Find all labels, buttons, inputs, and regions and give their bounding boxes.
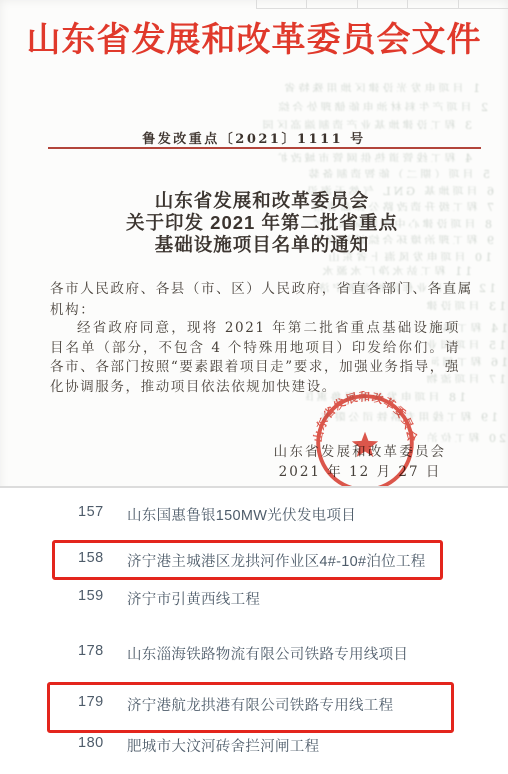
- project-number: 179: [78, 694, 104, 710]
- document-title-line3: 基础设施项目名单的通知: [16, 234, 508, 256]
- bleed-through-text-line: 13 目项设建: [426, 298, 506, 310]
- bleed-through-grid: [256, 0, 508, 9]
- recipients-line-continued: 机构：: [50, 298, 95, 318]
- project-number: 157: [78, 504, 104, 520]
- bleed-through-text-line: 2 目项产生料材池电能储理处合综: [262, 99, 488, 111]
- project-number: 159: [78, 588, 104, 604]
- list-item: 157 山东国惠鲁银150MW光伏发电项目: [0, 504, 508, 524]
- star-icon: [352, 432, 378, 457]
- project-number: 158: [78, 550, 104, 566]
- bleed-through-text-line: 11 程工站水净厂水源水: [300, 263, 472, 275]
- project-number: 180: [78, 735, 104, 751]
- project-name: 济宁港航龙拱港有限公司铁路专用线工程: [127, 694, 393, 715]
- bleed-through-text-line: 5 目项（期二）能智造制备装: [298, 166, 490, 178]
- document-title: 山东省发展和改革委员会 关于印发 2021 年第二批省重点 基础设施项目名单的通…: [16, 190, 508, 256]
- document-body-paragraph: 经省政府同意，现将 2021 年第二批省重点基础设施项目名单（部分，不包含 4 …: [50, 319, 460, 397]
- red-divider-rule: [48, 147, 481, 149]
- project-name: 肥城市大汶河砖舍拦河闸工程: [127, 735, 319, 756]
- bleed-through-text-line: 4 程工线管道热供网管市城改扩: [278, 150, 472, 162]
- document-masthead-title: 山东省发展和改革委员会文件: [0, 12, 508, 61]
- project-name: 济宁市引黄西线工程: [127, 588, 260, 609]
- document-title-line2: 关于印发 2021 年第二批省重点: [16, 212, 508, 234]
- list-item: 180 肥城市大汶河砖舍拦河闸工程: [0, 735, 508, 755]
- document-page: 1 目项电发光设建区地用殊特省2 目项产生料材池电能储理处合综3 程工设建地基业…: [0, 0, 508, 774]
- official-seal: 山东省发展和改革委员会: [312, 391, 418, 495]
- document-title-line1: 山东省发展和改革委员会: [16, 190, 508, 212]
- recipients-line: 各市人民政府、各县（市、区）人民政府，省直各部门、各直属: [50, 277, 490, 297]
- project-name: 济宁港主城港区龙拱河作业区4#-10#泊位工程: [127, 550, 426, 571]
- list-item: 158 济宁港主城港区龙拱河作业区4#-10#泊位工程: [0, 550, 508, 570]
- list-item: 179 济宁港航龙拱港有限公司铁路专用线工程: [0, 694, 508, 714]
- list-item: 159 济宁市引黄西线工程: [0, 588, 508, 608]
- document-number: 鲁发改重点〔2021〕1111 号: [0, 128, 508, 147]
- bleed-through-text-line: 1 目项电发光设建区地用殊特省: [268, 80, 480, 92]
- project-number: 178: [78, 643, 104, 659]
- project-list: 157 山东国惠鲁银150MW光伏发电项目 158 济宁港主城港区龙拱河作业区4…: [0, 488, 508, 774]
- list-item: 178 山东淄海铁路物流有限公司铁路专用线项目: [0, 643, 508, 663]
- project-name: 山东淄海铁路物流有限公司铁路专用线项目: [127, 643, 408, 664]
- project-name: 山东国惠鲁银150MW光伏发电项目: [127, 504, 356, 525]
